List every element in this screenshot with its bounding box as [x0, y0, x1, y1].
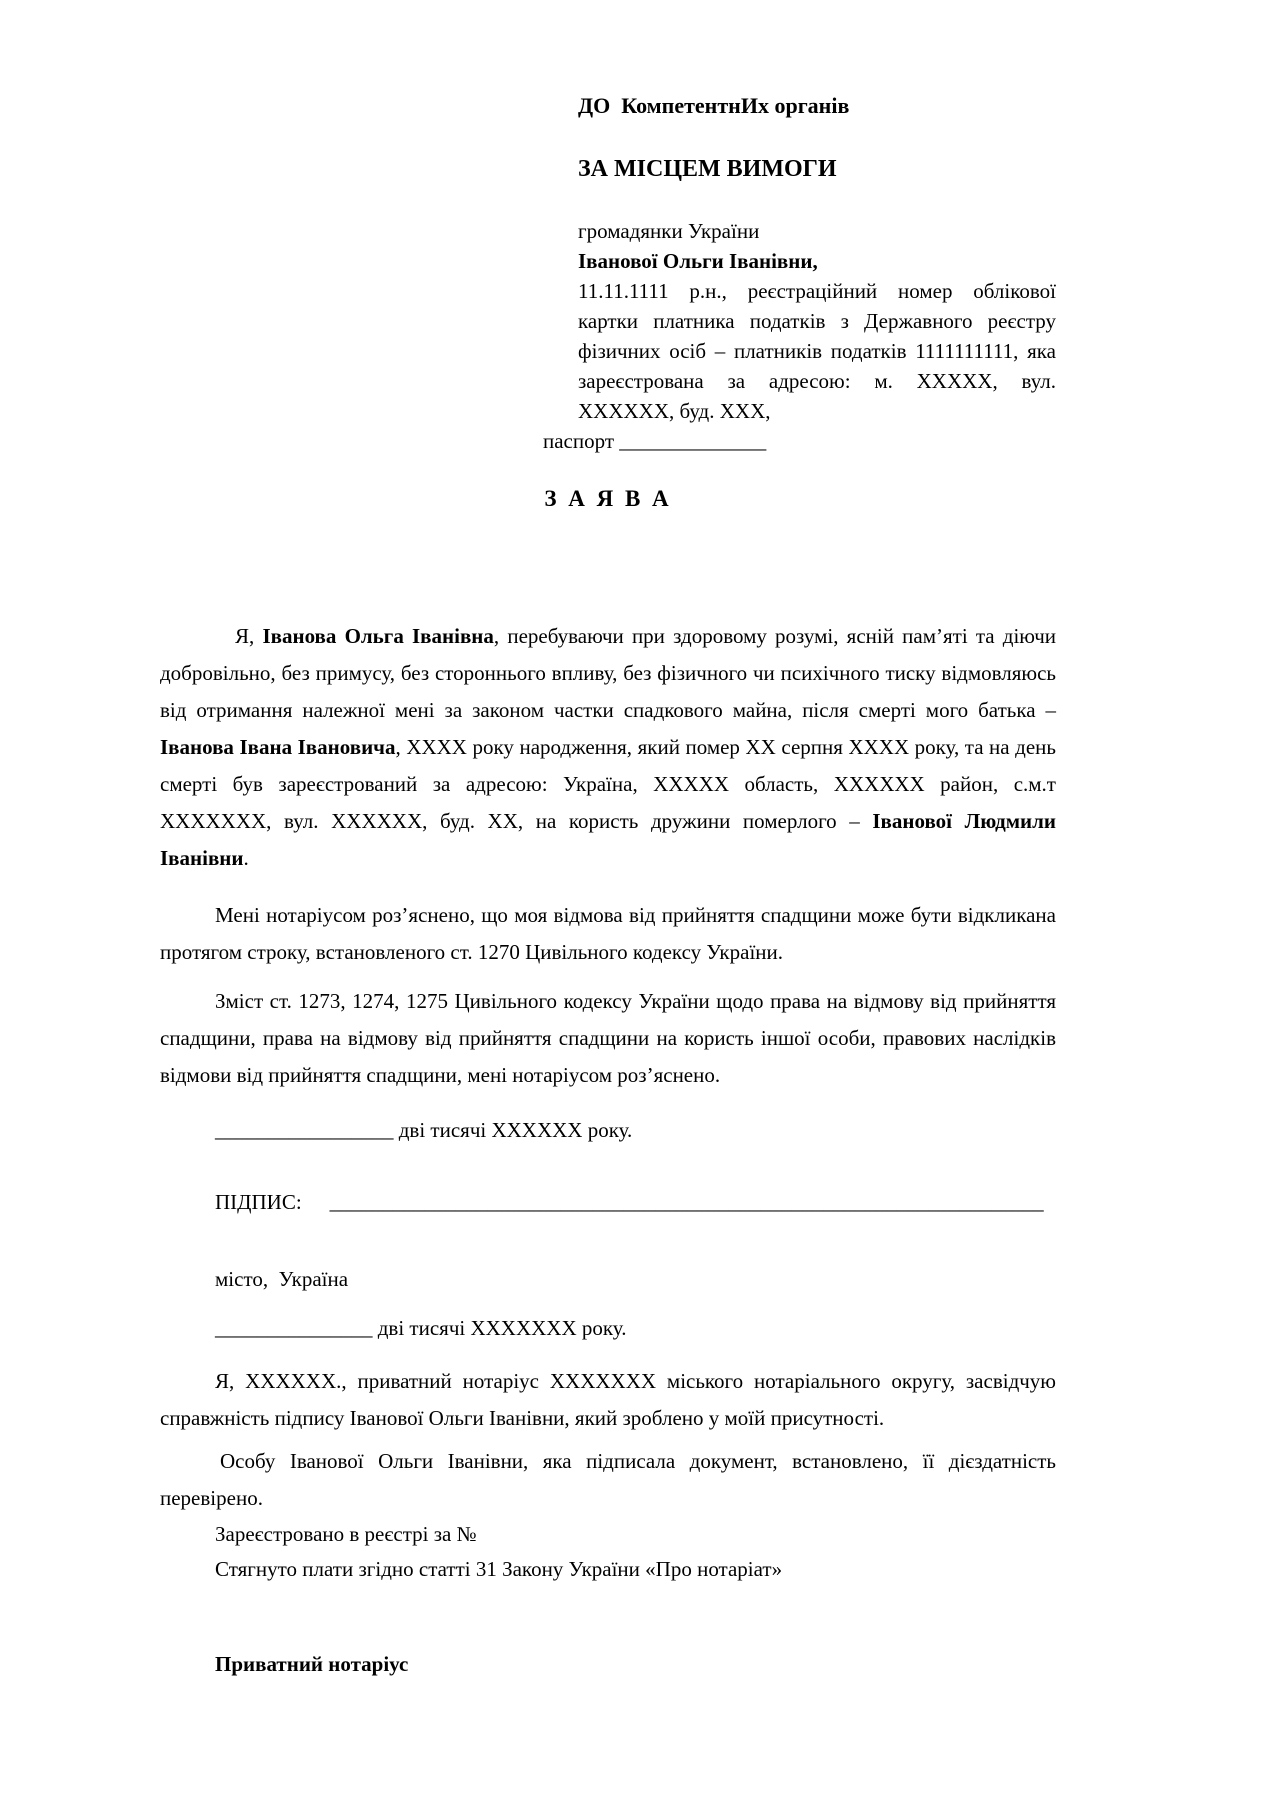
fee-line: Стягнуто плати згідно статті 31 Закону У… — [215, 1552, 1056, 1587]
header-line-1: ДО КомпетентнИх органів — [578, 92, 1056, 120]
revocation-paragraph: Мені нотаріусом роз’яснено, що моя відмо… — [160, 897, 1056, 971]
city-line: місто, Україна — [215, 1261, 1056, 1298]
declaration-paragraph: Я, Іванова Ольга Іванівна, перебуваючи п… — [160, 618, 1056, 877]
signature-row: ПІДПИС:_________________________________… — [215, 1184, 1056, 1221]
date-blank-line-2: _______________ дві тисячі ХХХХХХХ року. — [215, 1310, 1056, 1347]
addressee-citizen: громадянки України — [578, 216, 1056, 246]
legal-content-paragraph: Зміст ст. 1273, 1274, 1275 Цивільного ко… — [160, 983, 1056, 1094]
signature-label: ПІДПИС: — [215, 1190, 302, 1214]
notary-attestation-paragraph: Я, ХХХХХХ., приватний нотаріус ХХХХХХХ м… — [160, 1363, 1056, 1437]
addressee-details: 11.11.1111 р.н., реєстраційний номер обл… — [578, 276, 1056, 426]
deceased-name: Іванова Івана Івановича — [160, 735, 396, 759]
p1-period: . — [244, 846, 249, 870]
notary-signature-title: Приватний нотаріус — [215, 1649, 1056, 1679]
signature-blank-line: ________________________________________… — [330, 1190, 1044, 1214]
addressee-block: ДО КомпетентнИх органів ЗА МІСЦЕМ ВИМОГИ… — [578, 92, 1056, 426]
p1-intro: Я, — [235, 624, 262, 648]
declarant-name: Іванова Ольга Іванівна — [262, 624, 493, 648]
addressee-name: Іванової Ольги Іванівни, — [578, 246, 1056, 276]
header-line-2: ЗА МІСЦЕМ ВИМОГИ — [578, 154, 1056, 184]
date-blank-line-1: _________________ дві тисячі ХХХХХХ року… — [215, 1112, 1056, 1149]
document-title: З А Я В А — [160, 484, 1056, 514]
registry-line: Зареєстровано в реєстрі за № — [215, 1517, 1056, 1552]
passport-line: паспорт ______________ — [543, 426, 1056, 456]
document-page: ДО КомпетентнИх органів ЗА МІСЦЕМ ВИМОГИ… — [0, 0, 1280, 1811]
identity-verification-paragraph: Особу Іванової Ольги Іванівни, яка підпи… — [160, 1443, 1056, 1517]
